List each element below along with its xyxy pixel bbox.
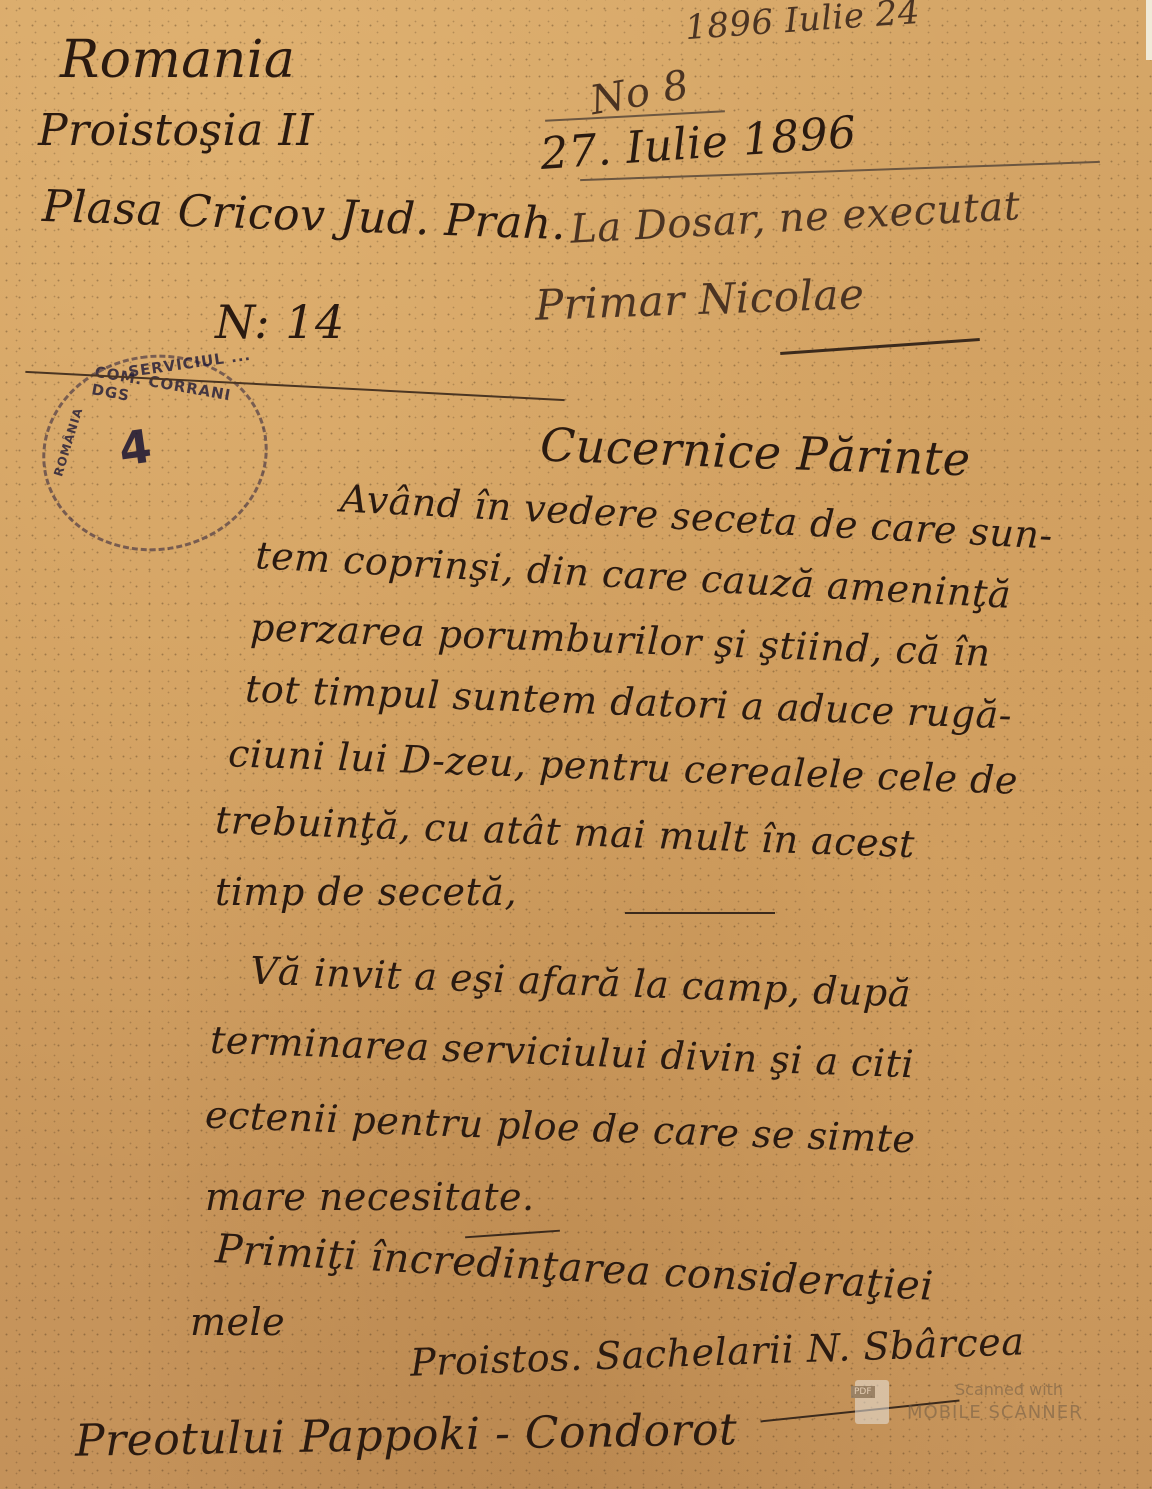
pdf-badge: PDF (851, 1386, 875, 1398)
body-line-9: terminarea serviciului divin şi a citi (209, 1018, 914, 1087)
body-line-8: Vă invit a eşi afară la camp, după (249, 948, 911, 1015)
header-country: Romania (60, 30, 295, 90)
header-number: N: 14 (215, 295, 345, 349)
registration-date: 1896 Iulie 24 (684, 0, 921, 48)
signature-flourish (780, 338, 980, 355)
stamp-side-text: ROMÂNIA (51, 406, 85, 478)
salutation: Cucernice Părinte (539, 418, 971, 487)
body-line-3: perzarea porumburilor şi ştiind, că în (249, 605, 991, 675)
body-line-5: ciuni lui D-zeu, pentru cerealele cele d… (227, 731, 1018, 803)
mayor-signature: Primar Nicolae (534, 269, 865, 329)
body-line-10: ectenii pentru ploe de care se simte (204, 1093, 916, 1162)
closing-line-1: Primiţi încredinţarea consideraţiei (214, 1226, 934, 1310)
body-line-6: trebuinţă, cu atât mai mult în acest (214, 798, 915, 866)
sender-signature: Proistos. Sachelarii N. Sbârcea (409, 1319, 1025, 1384)
scan-edge (1146, 0, 1152, 60)
body-line-7: timp de secetă, (215, 870, 517, 914)
body-underline (625, 912, 775, 914)
stamp-center-emblem: 4 (115, 419, 154, 477)
watermark-line-1: Scanned with (955, 1380, 1063, 1399)
header-office: Proistoşia II (38, 105, 314, 156)
header-district: Plasa Cricov Jud. Prah. (41, 181, 567, 250)
scanner-watermark: PDF Scanned with MOBILE SCANNER (855, 1380, 1105, 1430)
closing-stroke (465, 1230, 560, 1239)
body-line-11: mare necesitate. (205, 1175, 535, 1219)
pdf-file-icon: PDF (855, 1380, 889, 1424)
body-line-4: tot timpul suntem datori a aduce rugă- (244, 667, 1012, 738)
scanned-letter-page: Romania Proistoşia II Plasa Cricov Jud. … (0, 0, 1152, 1489)
watermark-line-2: MOBILE SCANNER (907, 1402, 1083, 1423)
addressee: Preotului Pappoki - Condorot (75, 1404, 738, 1467)
dosar-note: La Dosar, ne executat (569, 183, 1021, 253)
closing-line-2: mele (190, 1300, 285, 1344)
